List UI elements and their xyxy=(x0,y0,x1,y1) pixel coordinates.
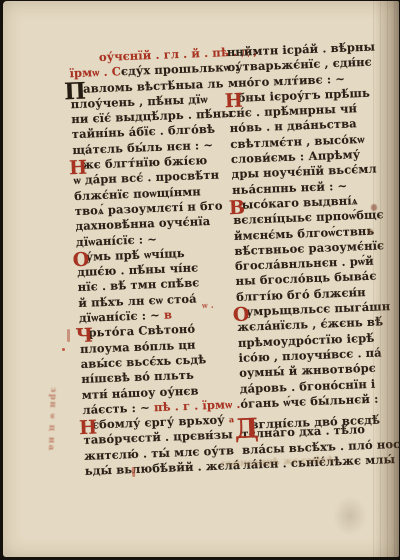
manuscript-column: оу́чєнїй . гл . й . пѣ . д ;їрмѡ . Сєду́… xyxy=(69,45,235,479)
body-text: ла́єсть : ~ xyxy=(82,400,154,417)
margin-note-red: зрн ѡ ц на xyxy=(46,387,58,453)
manuscript-photo: оу́чєнїй . гл . й . пѣ . д ;їрмѡ . Сєду́… xyxy=(0,0,400,560)
gap-gloss-red: ѡ . xyxy=(202,301,214,311)
body-text: дїѡані́сїє : ~ xyxy=(76,232,157,249)
rubric-text: в xyxy=(164,308,173,322)
rubric-text: пѣ . г . їрмѡ . xyxy=(154,397,241,414)
interline-red-stroke xyxy=(132,467,136,477)
text-block: оу́чєнїй . гл . й . пѣ . д ;їрмѡ . Сєду́… xyxy=(69,39,391,479)
manuscript-page: оу́чєнїй . гл . й . пѣ . д ;їрмѡ . Сєду́… xyxy=(3,1,399,557)
rubric-text: Д xyxy=(235,430,251,431)
margin-tick-red xyxy=(67,329,70,342)
margin-dot-red xyxy=(62,348,65,351)
smudge xyxy=(333,496,367,536)
body-text: дїѡані́сїє : ~ xyxy=(79,308,165,325)
manuscript-column: ннймтн ісра́й . вѣ́рныоу́тварьжє́нїє , є… xyxy=(227,39,391,473)
book-fore-edge xyxy=(373,1,399,557)
body-text: П xyxy=(64,91,83,92)
